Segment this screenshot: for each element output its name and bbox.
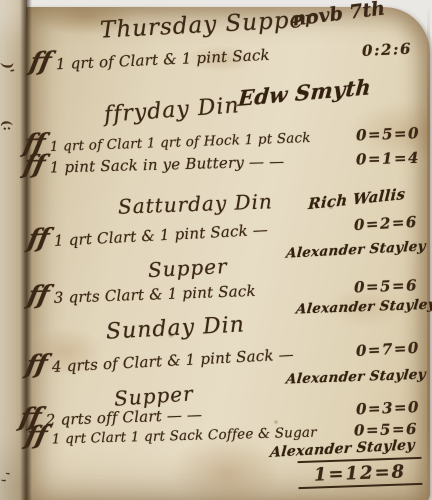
entry-marker: ff xyxy=(22,155,47,176)
manuscript-photo: )' (: ’, Thursday Supper novb 7th ff 1 q… xyxy=(0,0,432,500)
entry-marker: ff xyxy=(24,426,49,447)
entry-marker: ff xyxy=(24,354,49,375)
page-right-edge xyxy=(427,6,430,498)
entry-amount: 0=5=0 xyxy=(356,124,421,144)
entry-marker: ff xyxy=(26,228,51,249)
entry-amount: 0=7=0 xyxy=(355,339,420,360)
entry-amount: 0:2:6 xyxy=(362,40,413,60)
section-heading-supper: Supper xyxy=(147,254,228,282)
entry-marker: ff xyxy=(28,51,53,72)
total-amount: 1=12=8 xyxy=(298,457,423,489)
entry-amount: 0=1=4 xyxy=(356,149,420,169)
entry-marker: ff xyxy=(26,285,51,306)
entry-amount: 0=2=6 xyxy=(354,213,419,234)
entry-amount: 0=5=6 xyxy=(354,276,419,296)
